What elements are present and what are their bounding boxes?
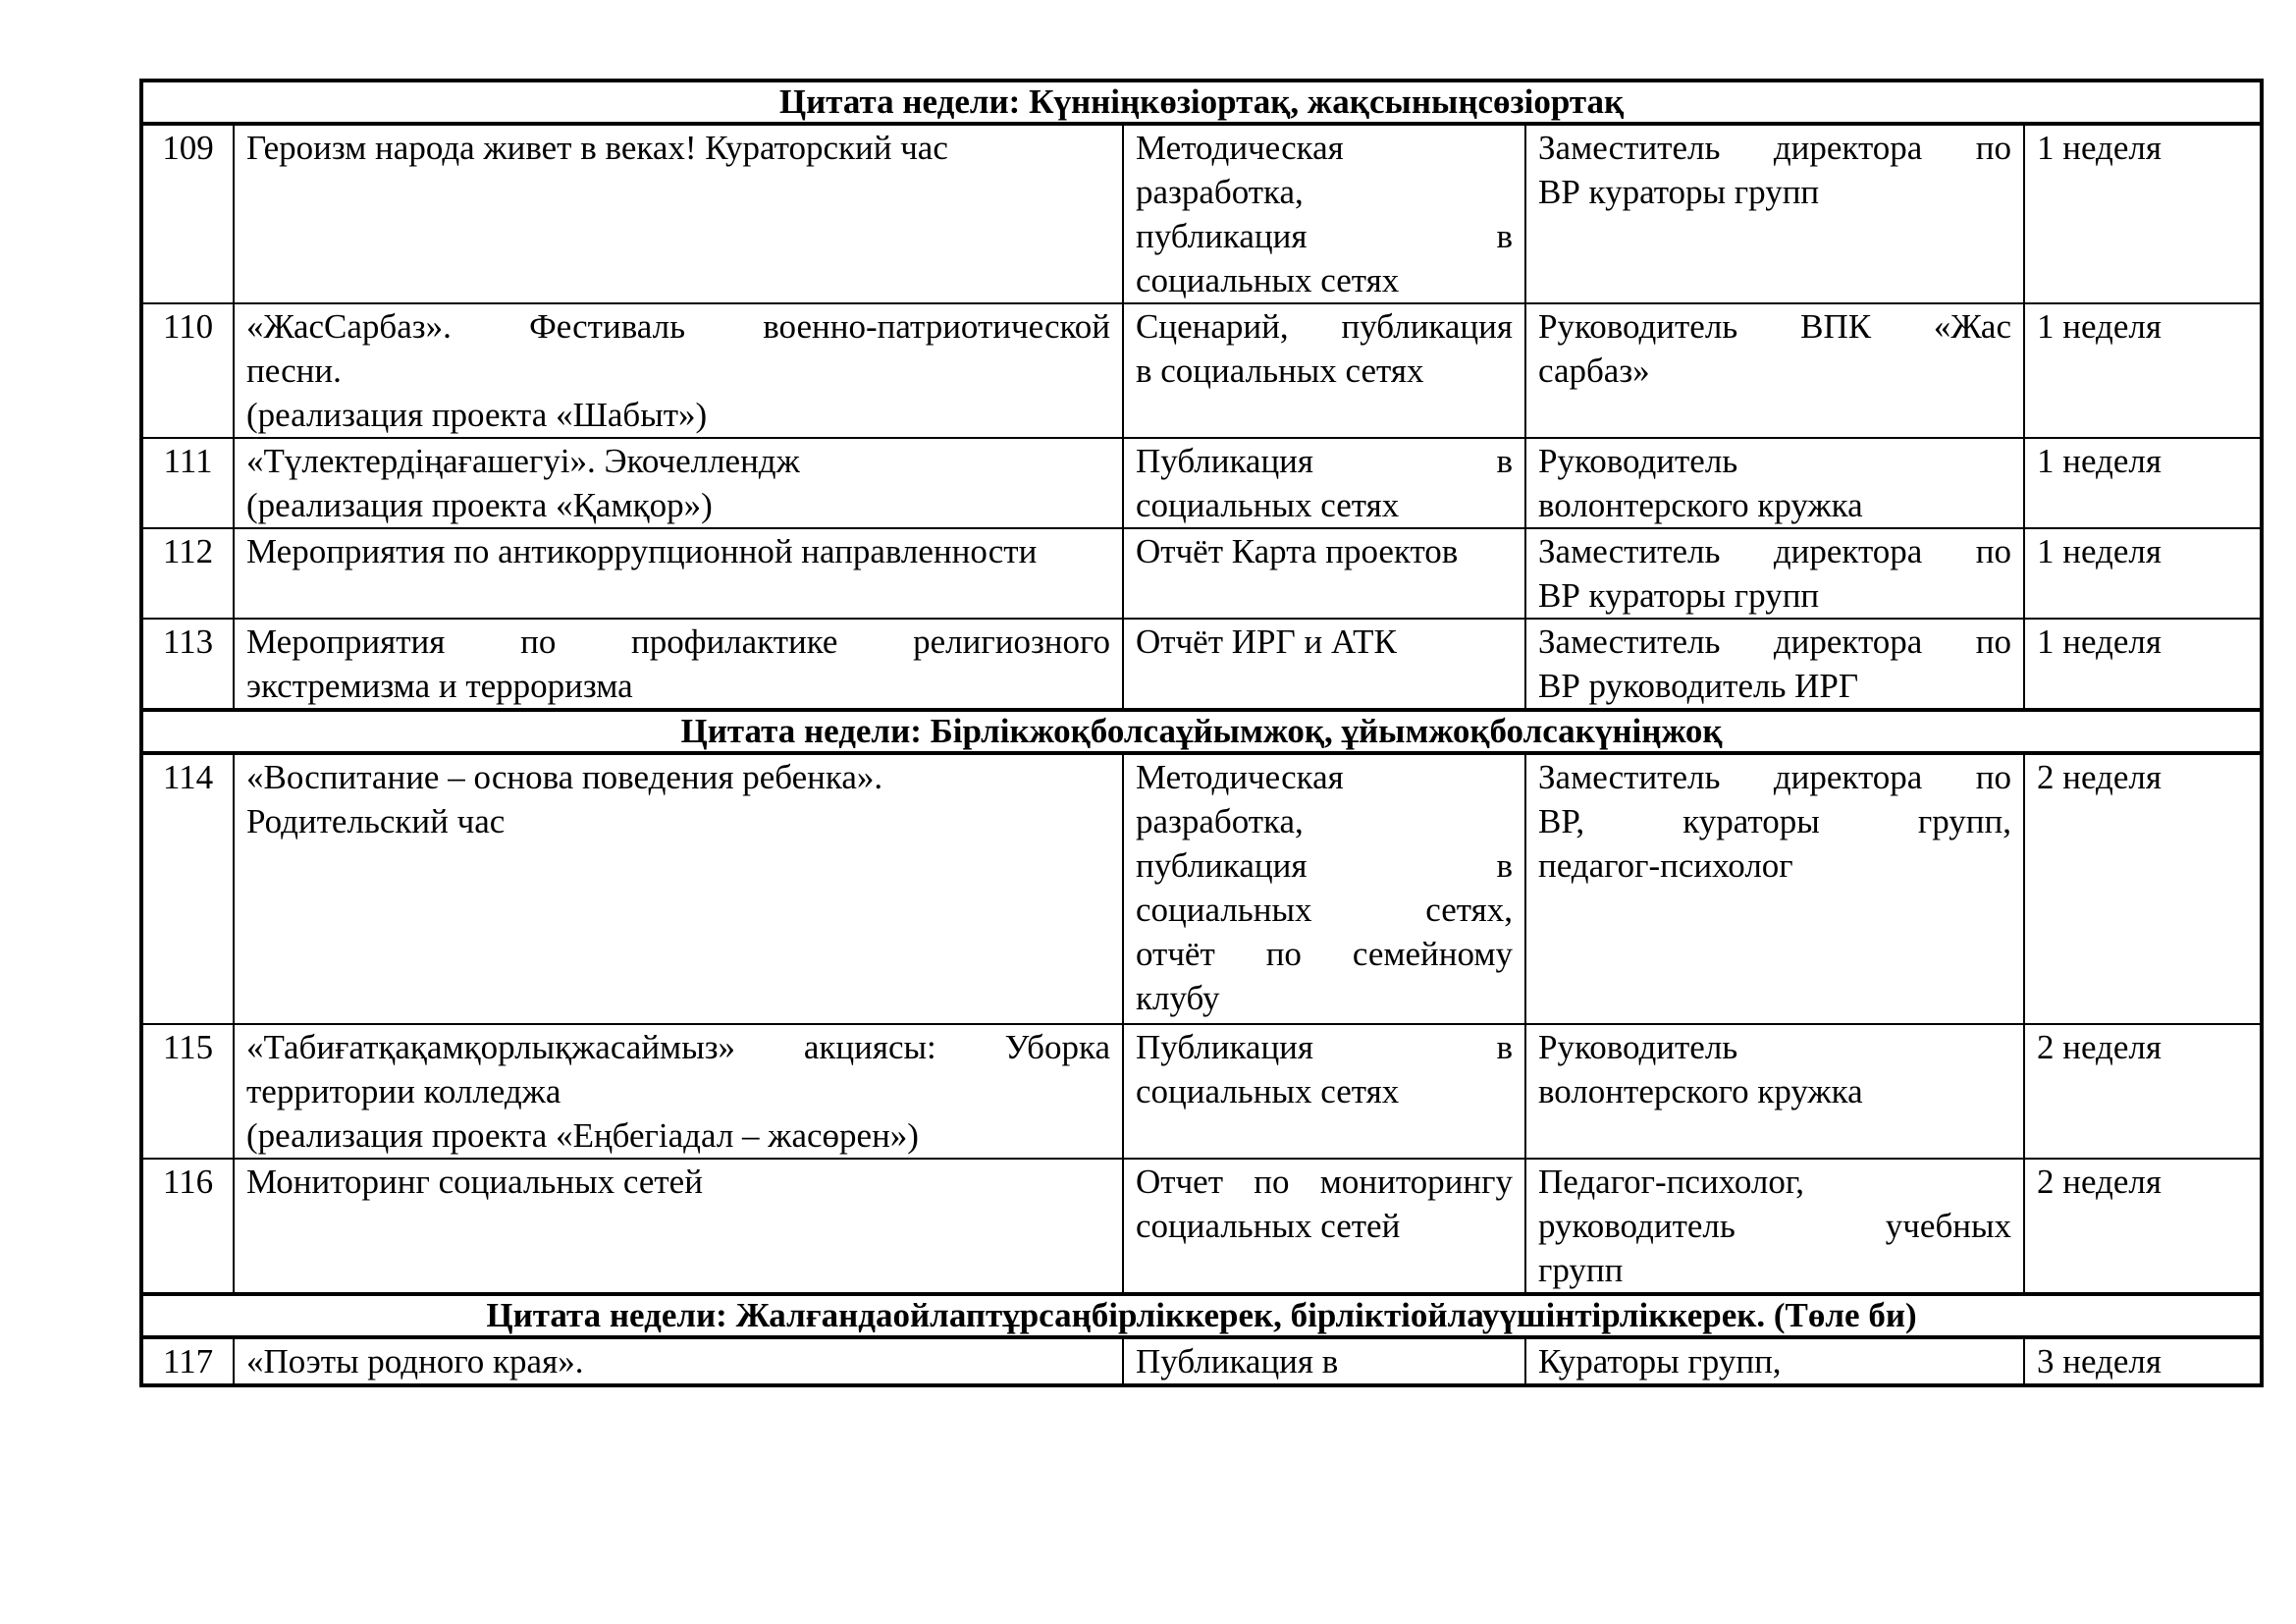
table-row: 113Мероприятия по профилактике религиозн…: [141, 619, 2262, 710]
event-line: Мониторинг социальных сетей: [246, 1160, 1110, 1204]
term-cell: 1 неделя: [2024, 528, 2262, 619]
row-number: 110: [141, 303, 234, 438]
report-form-line: Методическая: [1136, 755, 1513, 799]
table-row: 112Мероприятия по антикоррупционной напр…: [141, 528, 2262, 619]
term-cell: 1 неделя: [2024, 438, 2262, 528]
row-number: 109: [141, 124, 234, 303]
responsible-line: волонтерского кружка: [1538, 1069, 2011, 1113]
event-cell: «Воспитание – основа поведения ребенка».…: [234, 753, 1123, 1024]
report-form-line: Сценарий, публикация: [1136, 304, 1513, 349]
report-form-line: клубу: [1136, 976, 1513, 1020]
report-form-line: социальных сетей: [1136, 1204, 1513, 1248]
report-form-cell: Методическаяразработка,публикация всоциа…: [1123, 753, 1525, 1024]
event-line: «Түлектердiңағашегуi». Экочеллендж: [246, 439, 1110, 483]
responsible-line: руководитель учебных: [1538, 1204, 2011, 1248]
report-form-line: Отчет по мониторингу: [1136, 1160, 1513, 1204]
responsible-line: групп: [1538, 1248, 2011, 1292]
event-line: Героизм народа живет в веках! Кураторски…: [246, 126, 1110, 170]
row-number: 112: [141, 528, 234, 619]
report-form-line: социальных сетях,: [1136, 888, 1513, 932]
event-line: (реализация проекта «Шабыт»): [246, 393, 1110, 437]
event-line: экстремизма и терроризма: [246, 664, 1110, 708]
responsible-cell: Руководитель ВПК «Жассарбаз»: [1525, 303, 2024, 438]
term-cell: 1 неделя: [2024, 303, 2262, 438]
responsible-line: Заместитель директора по: [1538, 529, 2011, 573]
term-cell: 2 неделя: [2024, 753, 2262, 1024]
quote-of-week: Цитата недели: Бiрлiкжоқболсаұйымжоқ, ұй…: [141, 710, 2262, 753]
report-form-line: социальных сетях: [1136, 258, 1513, 302]
table-body: Цитата недели: Күннiңкөзiортақ, жақсының…: [141, 81, 2262, 1385]
report-form-cell: Сценарий, публикацияв социальных сетях: [1123, 303, 1525, 438]
event-line: «Воспитание – основа поведения ребенка».: [246, 755, 1110, 799]
event-line: Родительский час: [246, 799, 1110, 843]
report-form-cell: Отчёт ИРГ и АТК: [1123, 619, 1525, 710]
term-cell: 3 неделя: [2024, 1337, 2262, 1385]
responsible-line: ВР кураторы групп: [1538, 170, 2011, 214]
row-number: 116: [141, 1159, 234, 1294]
event-line: (реализация проекта «Еңбегiадал – жасөре…: [246, 1113, 1110, 1158]
event-line: Мероприятия по профилактике религиозного: [246, 620, 1110, 664]
table-row: 111«Түлектердiңағашегуi». Экочеллендж(ре…: [141, 438, 2262, 528]
report-form-line: отчёт по семейному: [1136, 932, 1513, 976]
event-line: (реализация проекта «Қамқор»): [246, 483, 1110, 527]
report-form-line: публикация в: [1136, 214, 1513, 258]
event-cell: Мероприятия по профилактике религиозного…: [234, 619, 1123, 710]
event-line: «ЖасСарбаз». Фестиваль военно-патриотиче…: [246, 304, 1110, 349]
report-form-line: в социальных сетях: [1136, 349, 1513, 393]
term-cell: 1 неделя: [2024, 619, 2262, 710]
row-number: 117: [141, 1337, 234, 1385]
report-form-line: Публикация в: [1136, 1025, 1513, 1069]
term-cell: 2 неделя: [2024, 1024, 2262, 1159]
report-form-line: разработка,: [1136, 170, 1513, 214]
report-form-cell: Публикация всоциальных сетях: [1123, 1024, 1525, 1159]
responsible-cell: Заместитель директора поВР руководитель …: [1525, 619, 2024, 710]
event-cell: «Табиғатқақамқорлықжасаймыз» акциясы: Уб…: [234, 1024, 1123, 1159]
table-row: 109Героизм народа живет в веках! Куратор…: [141, 124, 2262, 303]
table-row: 115 «Табиғатқақамқорлықжасаймыз» акциясы…: [141, 1024, 2262, 1159]
report-form-line: социальных сетях: [1136, 1069, 1513, 1113]
row-number: 113: [141, 619, 234, 710]
report-form-cell: Методическаяразработка,публикация всоциа…: [1123, 124, 1525, 303]
quote-of-week: Цитата недели: Жалғандаойлаптұрсаңбiрлiк…: [141, 1294, 2262, 1337]
responsible-line: Заместитель директора по: [1538, 755, 2011, 799]
responsible-line: Руководитель ВПК «Жас: [1538, 304, 2011, 349]
row-number: 115: [141, 1024, 234, 1159]
table-row: 117«Поэты родного края».Публикация вКура…: [141, 1337, 2262, 1385]
row-number: 111: [141, 438, 234, 528]
responsible-line: ВР кураторы групп: [1538, 573, 2011, 618]
quote-of-week-row: Цитата недели: Бiрлiкжоқболсаұйымжоқ, ұй…: [141, 710, 2262, 753]
responsible-line: Заместитель директора по: [1538, 126, 2011, 170]
quote-of-week-row: Цитата недели: Күннiңкөзiортақ, жақсының…: [141, 81, 2262, 124]
quote-of-week-row: Цитата недели: Жалғандаойлаптұрсаңбiрлiк…: [141, 1294, 2262, 1337]
responsible-cell: Заместитель директора поВР, кураторы гру…: [1525, 753, 2024, 1024]
quote-of-week: Цитата недели: Күннiңкөзiортақ, жақсының…: [141, 81, 2262, 124]
responsible-line: Кураторы групп,: [1538, 1339, 2011, 1383]
event-cell: Мониторинг социальных сетей: [234, 1159, 1123, 1294]
responsible-cell: Педагог-психолог,руководитель учебныхгру…: [1525, 1159, 2024, 1294]
event-line: «Табиғатқақамқорлықжасаймыз» акциясы: Уб…: [246, 1025, 1110, 1069]
event-cell: «Түлектердiңағашегуi». Экочеллендж(реали…: [234, 438, 1123, 528]
responsible-line: Педагог-психолог,: [1538, 1160, 2011, 1204]
report-form-line: социальных сетях: [1136, 483, 1513, 527]
report-form-line: Отчёт Карта проектов: [1136, 529, 1513, 573]
responsible-line: волонтерского кружка: [1538, 483, 2011, 527]
report-form-line: Публикация в: [1136, 439, 1513, 483]
responsible-cell: Руководительволонтерского кружка: [1525, 1024, 2024, 1159]
responsible-line: сарбаз»: [1538, 349, 2011, 393]
event-cell: Героизм народа живет в веках! Кураторски…: [234, 124, 1123, 303]
responsible-line: ВР, кураторы групп,: [1538, 799, 2011, 843]
event-cell: «ЖасСарбаз». Фестиваль военно-патриотиче…: [234, 303, 1123, 438]
table-row: 114«Воспитание – основа поведения ребенк…: [141, 753, 2262, 1024]
responsible-cell: Заместитель директора поВР кураторы груп…: [1525, 528, 2024, 619]
report-form-line: Отчёт ИРГ и АТК: [1136, 620, 1513, 664]
responsible-line: Заместитель директора по: [1538, 620, 2011, 664]
event-cell: Мероприятия по антикоррупционной направл…: [234, 528, 1123, 619]
event-line: территории колледжа: [246, 1069, 1110, 1113]
table-row: 116Мониторинг социальных сетейОтчет по м…: [141, 1159, 2262, 1294]
responsible-cell: Заместитель директора поВР кураторы груп…: [1525, 124, 2024, 303]
report-form-cell: Публикация в: [1123, 1337, 1525, 1385]
report-form-line: Публикация в: [1136, 1339, 1513, 1383]
events-plan-table: Цитата недели: Күннiңкөзiортақ, жақсының…: [139, 79, 2264, 1387]
term-cell: 2 неделя: [2024, 1159, 2262, 1294]
report-form-cell: Публикация всоциальных сетях: [1123, 438, 1525, 528]
responsible-line: ВР руководитель ИРГ: [1538, 664, 2011, 708]
responsible-line: Руководитель: [1538, 439, 2011, 483]
responsible-cell: Кураторы групп,: [1525, 1337, 2024, 1385]
event-cell: «Поэты родного края».: [234, 1337, 1123, 1385]
report-form-cell: Отчёт Карта проектов: [1123, 528, 1525, 619]
table-row: 110«ЖасСарбаз». Фестиваль военно-патриот…: [141, 303, 2262, 438]
report-form-line: Методическая: [1136, 126, 1513, 170]
row-number: 114: [141, 753, 234, 1024]
report-form-cell: Отчет по мониторингусоциальных сетей: [1123, 1159, 1525, 1294]
event-line: «Поэты родного края».: [246, 1339, 1110, 1383]
responsible-cell: Руководительволонтерского кружка: [1525, 438, 2024, 528]
term-cell: 1 неделя: [2024, 124, 2262, 303]
report-form-line: разработка,: [1136, 799, 1513, 843]
event-line: Мероприятия по антикоррупционной направл…: [246, 529, 1110, 573]
event-line: песни.: [246, 349, 1110, 393]
responsible-line: педагог-психолог: [1538, 843, 2011, 888]
responsible-line: Руководитель: [1538, 1025, 2011, 1069]
report-form-line: публикация в: [1136, 843, 1513, 888]
